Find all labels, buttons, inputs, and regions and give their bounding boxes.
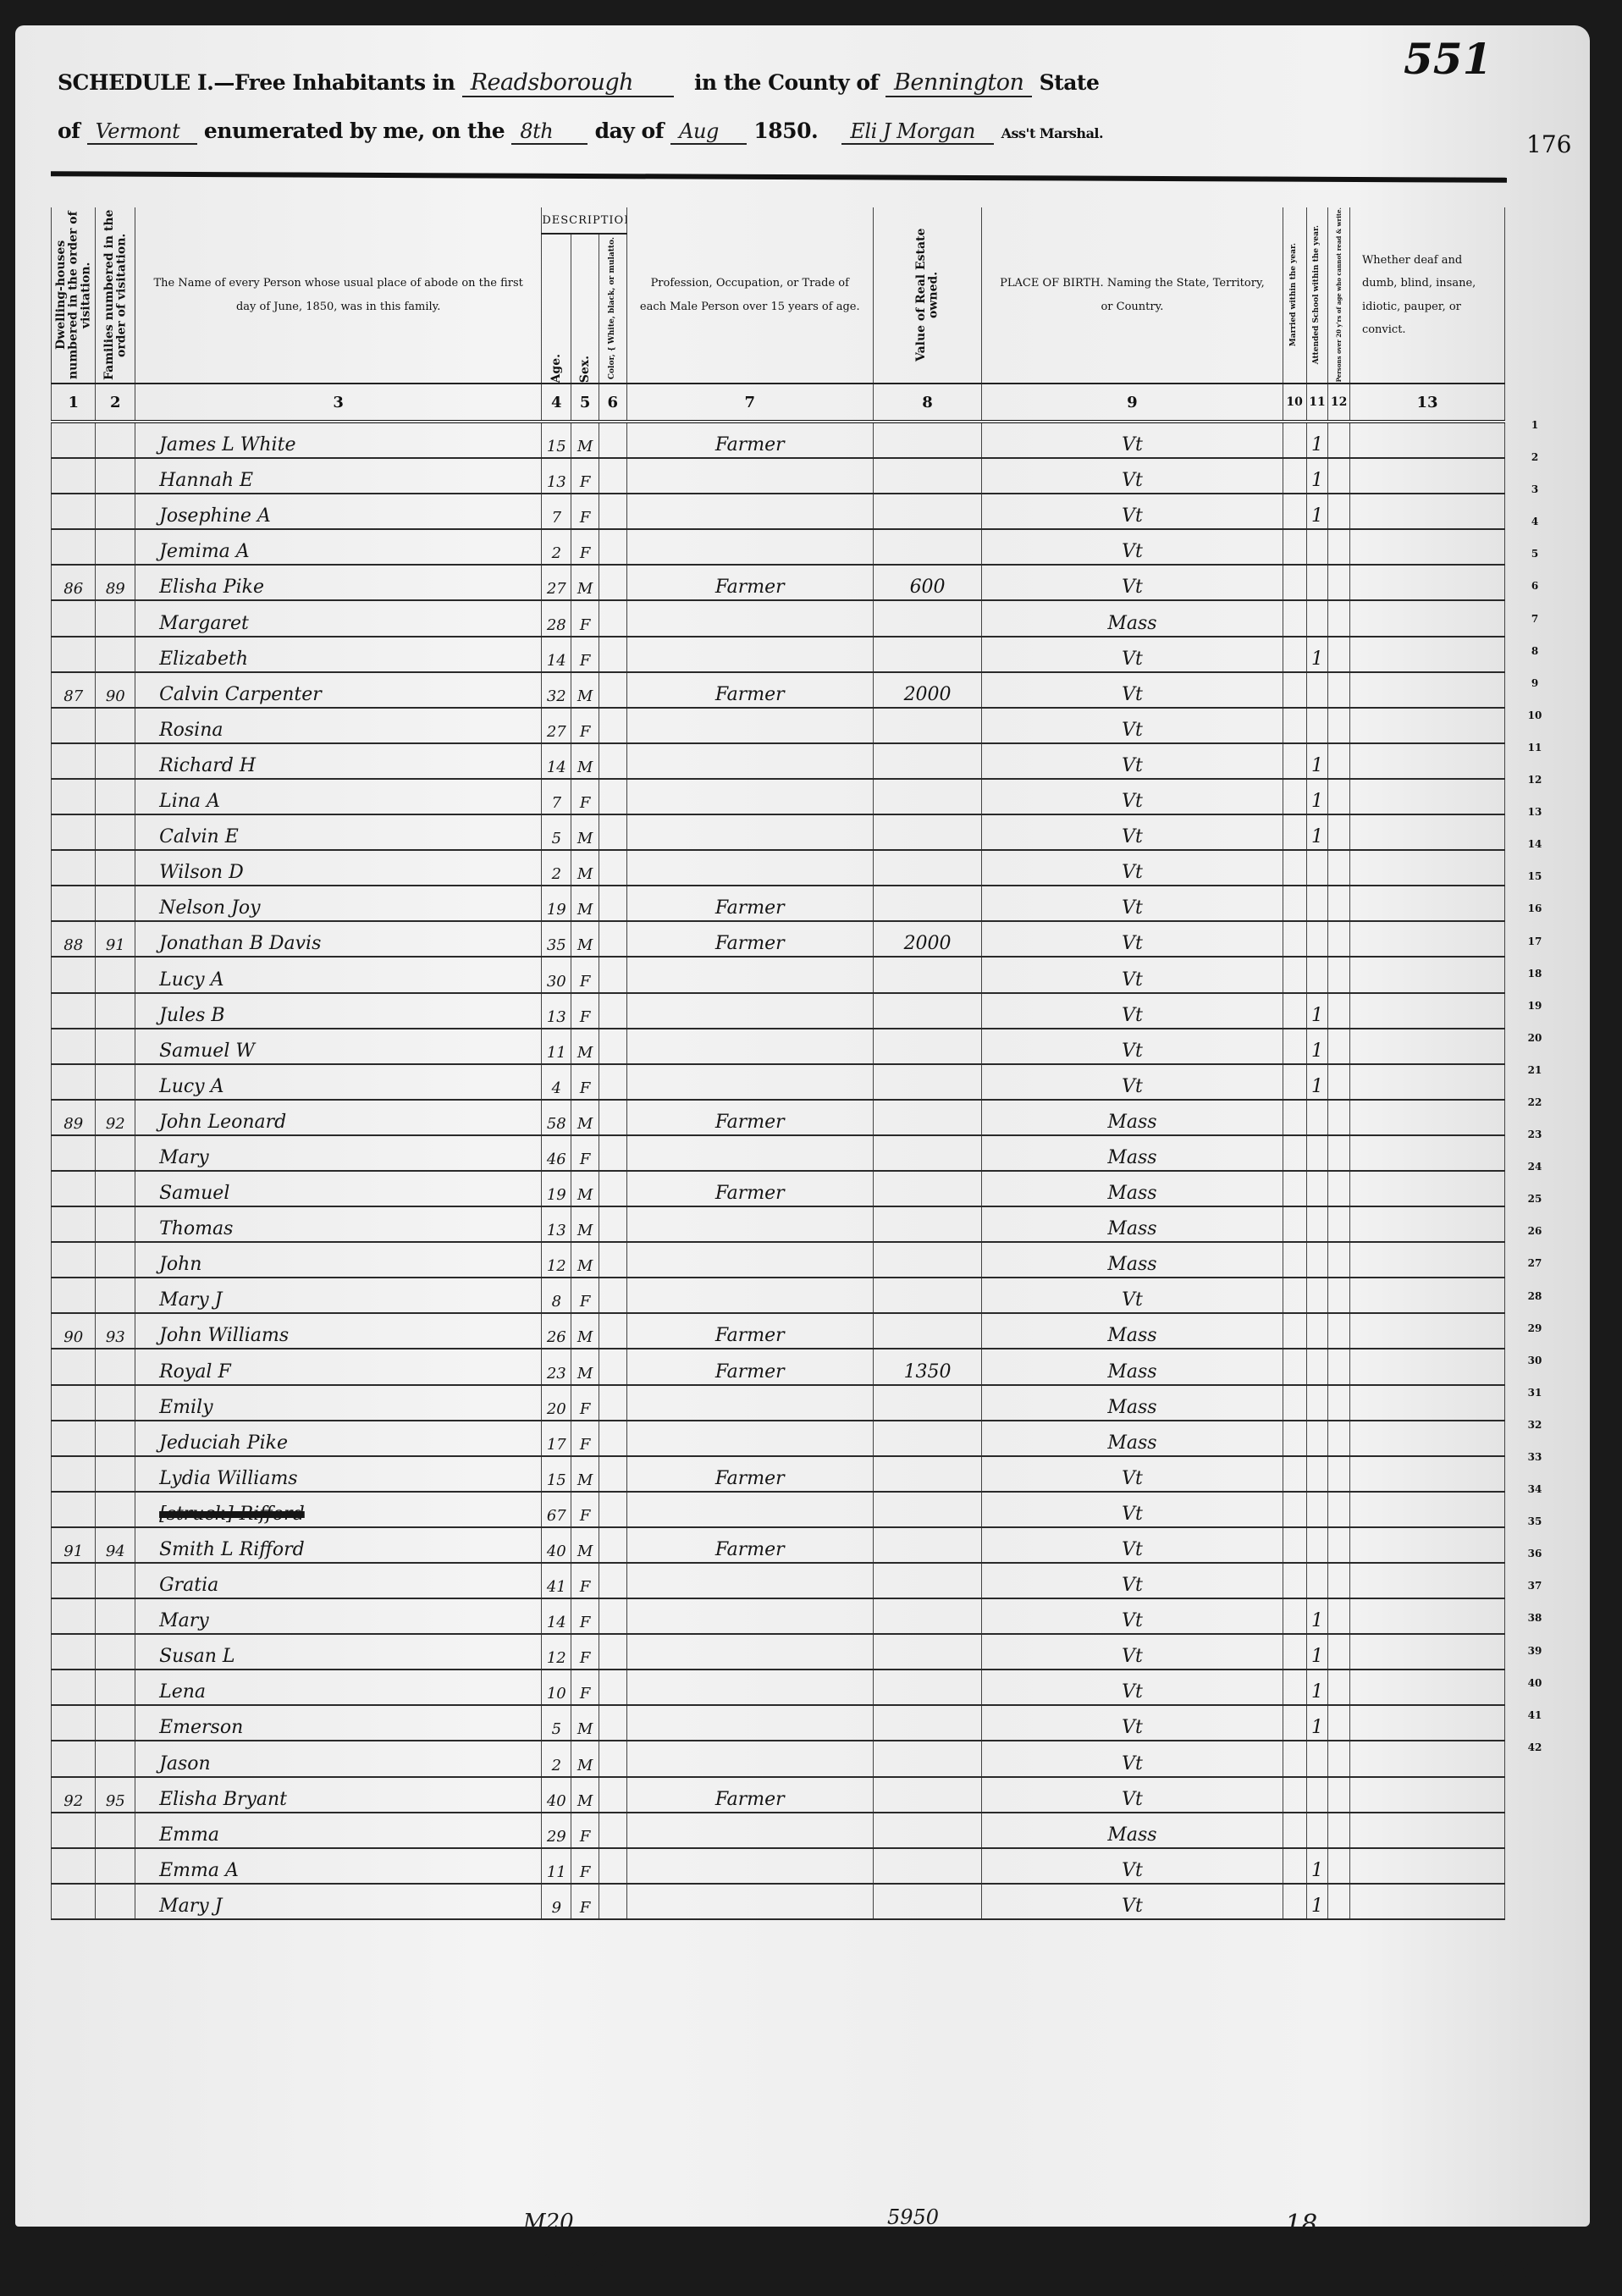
header-line-2: of Vermont enumerated by me, on the 8th …	[58, 119, 1103, 145]
cell-real-estate: 2000	[873, 921, 981, 957]
line-number: 32	[1518, 1405, 1552, 1438]
cell-name: James L White	[135, 422, 542, 458]
cell-school: 1	[1306, 814, 1328, 850]
cell-condition	[1349, 1777, 1504, 1813]
cell-color	[599, 1206, 626, 1242]
col-family-header: Families numbered in the order of visita…	[96, 207, 135, 384]
col-dwelling-header: Dwelling-houses numbered in the order of…	[52, 207, 96, 384]
cell-name: Josephine A	[135, 494, 542, 529]
cell-school: 1	[1306, 1705, 1328, 1741]
cell-sex: F	[571, 1064, 599, 1100]
cell-sex: M	[571, 1171, 599, 1206]
col-number: 10	[1283, 384, 1306, 422]
cell-illiterate	[1328, 1349, 1350, 1384]
table-row: Richard H14MVt1	[52, 743, 1505, 779]
cell-real-estate	[873, 1884, 981, 1919]
cell-color	[599, 1421, 626, 1456]
table-row: Gratia41FVt	[52, 1563, 1505, 1598]
cell-married	[1283, 1242, 1306, 1278]
cell-occupation	[626, 1848, 873, 1884]
cell-condition	[1349, 743, 1504, 779]
cell-school	[1306, 1741, 1328, 1776]
cell-occupation	[626, 494, 873, 529]
cell-name: Lucy A	[135, 1064, 542, 1100]
cell-sex: F	[571, 1278, 599, 1313]
cell-occupation: Farmer	[626, 1349, 873, 1384]
cell-color	[599, 1598, 626, 1634]
cell-birthplace: Vt	[982, 1492, 1283, 1527]
cell-sex: F	[571, 1492, 599, 1527]
cell-dwelling	[52, 1813, 96, 1848]
cell-dwelling	[52, 600, 96, 636]
cell-family	[96, 1349, 135, 1384]
cell-birthplace: Vt	[982, 422, 1283, 458]
cell-dwelling	[52, 993, 96, 1029]
col-occupation-header: Profession, Occupation, or Trade of each…	[626, 207, 873, 384]
cell-birthplace: Vt	[982, 1029, 1283, 1064]
cell-family	[96, 886, 135, 921]
cell-color	[599, 458, 626, 494]
cell-married	[1283, 1563, 1306, 1598]
line-number: 3	[1518, 470, 1552, 502]
cell-occupation: Farmer	[626, 1100, 873, 1135]
table-row: Royal F23MFarmer1350Mass	[52, 1349, 1505, 1384]
cell-occupation	[626, 637, 873, 672]
cell-color	[599, 1563, 626, 1598]
description-header: DESCRIPTION.	[542, 207, 626, 234]
cell-married	[1283, 1884, 1306, 1919]
cell-condition	[1349, 494, 1504, 529]
cell-school	[1306, 1527, 1328, 1563]
cell-illiterate	[1328, 1242, 1350, 1278]
cell-real-estate	[873, 1242, 981, 1278]
cell-illiterate	[1328, 1598, 1350, 1634]
cell-birthplace: Vt	[982, 1527, 1283, 1563]
cell-school: 1	[1306, 494, 1328, 529]
line-number: 8	[1518, 632, 1552, 664]
cell-school: 1	[1306, 458, 1328, 494]
line-number: 15	[1518, 857, 1552, 889]
cell-age: 9	[542, 1884, 571, 1919]
cell-family	[96, 1421, 135, 1456]
cell-married	[1283, 993, 1306, 1029]
page-stamp: 551	[1404, 34, 1492, 84]
cell-condition	[1349, 1421, 1504, 1456]
cell-birthplace: Vt	[982, 993, 1283, 1029]
cell-color	[599, 886, 626, 921]
cell-illiterate	[1328, 422, 1350, 458]
cell-school	[1306, 1421, 1328, 1456]
cell-sex: F	[571, 1848, 599, 1884]
cell-illiterate	[1328, 1456, 1350, 1492]
cell-age: 58	[542, 1100, 571, 1135]
cell-sex: F	[571, 494, 599, 529]
cell-name: Emily	[135, 1385, 542, 1421]
line-number-column: 1234567891011121314151617181920212223242…	[1518, 406, 1552, 1760]
cell-age: 27	[542, 708, 571, 743]
cell-name: Emerson	[135, 1705, 542, 1741]
cell-real-estate	[873, 1848, 981, 1884]
cell-sex: M	[571, 1029, 599, 1064]
cell-occupation	[626, 993, 873, 1029]
cell-illiterate	[1328, 1064, 1350, 1100]
cell-condition	[1349, 1598, 1504, 1634]
cell-married	[1283, 1813, 1306, 1848]
month-field: Aug	[670, 119, 747, 145]
cell-condition	[1349, 1385, 1504, 1421]
line-number: 11	[1518, 728, 1552, 760]
cell-married	[1283, 1456, 1306, 1492]
line-number: 19	[1518, 986, 1552, 1018]
cell-occupation: Farmer	[626, 422, 873, 458]
cell-dwelling	[52, 529, 96, 565]
tally-sex: M20	[523, 2210, 574, 2235]
line-number: 42	[1518, 1728, 1552, 1760]
cell-illiterate	[1328, 1135, 1350, 1171]
cell-sex: M	[571, 886, 599, 921]
cell-illiterate	[1328, 921, 1350, 957]
cell-birthplace: Vt	[982, 957, 1283, 992]
cell-condition	[1349, 1135, 1504, 1171]
cell-birthplace: Vt	[982, 1634, 1283, 1670]
cell-illiterate	[1328, 1527, 1350, 1563]
cell-school: 1	[1306, 1064, 1328, 1100]
table-row: Elizabeth14FVt1	[52, 637, 1505, 672]
cell-occupation	[626, 779, 873, 814]
cell-color	[599, 1777, 626, 1813]
col-number: 13	[1349, 384, 1504, 422]
cell-birthplace: Vt	[982, 1705, 1283, 1741]
cell-birthplace: Vt	[982, 565, 1283, 600]
cell-real-estate	[873, 1777, 981, 1813]
cell-name: Samuel	[135, 1171, 542, 1206]
cell-family	[96, 1634, 135, 1670]
cell-married	[1283, 1100, 1306, 1135]
page-number: 176	[1526, 130, 1571, 158]
cell-sex: F	[571, 529, 599, 565]
cell-age: 15	[542, 422, 571, 458]
cell-occupation	[626, 1884, 873, 1919]
cell-family	[96, 1278, 135, 1313]
cell-family	[96, 814, 135, 850]
cell-school: 1	[1306, 1884, 1328, 1919]
cell-color	[599, 1349, 626, 1384]
cell-dwelling	[52, 1670, 96, 1705]
cell-occupation	[626, 529, 873, 565]
cell-real-estate: 2000	[873, 672, 981, 708]
line-number: 18	[1518, 954, 1552, 986]
cell-illiterate	[1328, 1813, 1350, 1848]
cell-family	[96, 458, 135, 494]
table-row: Lena10FVt1	[52, 1670, 1505, 1705]
line-number: 22	[1518, 1083, 1552, 1115]
cell-color	[599, 1100, 626, 1135]
cell-illiterate	[1328, 672, 1350, 708]
cell-real-estate	[873, 494, 981, 529]
cell-age: 20	[542, 1385, 571, 1421]
margin-mark: 11	[1492, 2252, 1536, 2291]
table-row: Emma A11FVt1	[52, 1848, 1505, 1884]
cell-sex: M	[571, 565, 599, 600]
tally-school: 18	[1285, 2210, 1317, 2239]
cell-real-estate	[873, 708, 981, 743]
cell-age: 15	[542, 1456, 571, 1492]
cell-dwelling	[52, 1492, 96, 1527]
cell-name: Jeduciah Pike	[135, 1421, 542, 1456]
cell-sex: F	[571, 779, 599, 814]
cell-married	[1283, 1598, 1306, 1634]
col-number: 4	[542, 384, 571, 422]
cell-family	[96, 1670, 135, 1705]
cell-family	[96, 1171, 135, 1206]
cell-age: 27	[542, 565, 571, 600]
cell-illiterate	[1328, 1492, 1350, 1527]
line-number: 17	[1518, 922, 1552, 954]
cell-real-estate	[873, 1171, 981, 1206]
table-row: Lina A7FVt1	[52, 779, 1505, 814]
cell-name: Smith L Rifford	[135, 1527, 542, 1563]
cell-name: Thomas	[135, 1206, 542, 1242]
cell-condition	[1349, 1349, 1504, 1384]
cell-birthplace: Mass	[982, 1385, 1283, 1421]
cell-illiterate	[1328, 1385, 1350, 1421]
cell-illiterate	[1328, 1313, 1350, 1349]
cell-condition	[1349, 1813, 1504, 1848]
cell-color	[599, 494, 626, 529]
cell-school	[1306, 672, 1328, 708]
cell-school	[1306, 1456, 1328, 1492]
cell-birthplace: Vt	[982, 850, 1283, 886]
cell-school	[1306, 1313, 1328, 1349]
cell-illiterate	[1328, 458, 1350, 494]
day-field: 8th	[511, 119, 588, 145]
cell-married	[1283, 1278, 1306, 1313]
cell-occupation	[626, 1385, 873, 1421]
cell-color	[599, 1848, 626, 1884]
cell-real-estate	[873, 1313, 981, 1349]
cell-family	[96, 957, 135, 992]
cell-color	[599, 422, 626, 458]
cell-school	[1306, 1813, 1328, 1848]
cell-married	[1283, 1421, 1306, 1456]
line-number: 25	[1518, 1179, 1552, 1211]
cell-married	[1283, 1206, 1306, 1242]
cell-name: Nelson Joy	[135, 886, 542, 921]
cell-sex: M	[571, 1527, 599, 1563]
line-number: 6	[1518, 566, 1552, 599]
cell-married	[1283, 1349, 1306, 1384]
cell-occupation	[626, 1278, 873, 1313]
cell-sex: M	[571, 1349, 599, 1384]
cell-birthplace: Vt	[982, 921, 1283, 957]
cell-school: 1	[1306, 1848, 1328, 1884]
line-number: 24	[1518, 1147, 1552, 1179]
cell-occupation	[626, 850, 873, 886]
line-number: 36	[1518, 1534, 1552, 1566]
cell-color	[599, 1313, 626, 1349]
cell-real-estate	[873, 1135, 981, 1171]
col-number: 6	[599, 384, 626, 422]
table-row: 9194Smith L Rifford40MFarmerVt	[52, 1527, 1505, 1563]
table-row: Jason2MVt	[52, 1741, 1505, 1776]
cell-dwelling	[52, 743, 96, 779]
cell-married	[1283, 1492, 1306, 1527]
cell-school	[1306, 1242, 1328, 1278]
cell-family: 94	[96, 1527, 135, 1563]
cell-school	[1306, 600, 1328, 636]
cell-name: John Williams	[135, 1313, 542, 1349]
cell-occupation	[626, 1598, 873, 1634]
cell-school	[1306, 1206, 1328, 1242]
cell-color	[599, 565, 626, 600]
cell-color	[599, 1456, 626, 1492]
cell-birthplace: Mass	[982, 1171, 1283, 1206]
cell-sex: F	[571, 708, 599, 743]
cell-age: 2	[542, 529, 571, 565]
cell-real-estate	[873, 814, 981, 850]
cell-illiterate	[1328, 565, 1350, 600]
cell-birthplace: Vt	[982, 743, 1283, 779]
cell-sex: M	[571, 814, 599, 850]
cell-school	[1306, 529, 1328, 565]
cell-family	[96, 494, 135, 529]
cell-birthplace: Vt	[982, 1563, 1283, 1598]
cell-real-estate	[873, 637, 981, 672]
cell-condition	[1349, 600, 1504, 636]
cell-color	[599, 850, 626, 886]
cell-age: 23	[542, 1349, 571, 1384]
cell-birthplace: Vt	[982, 1456, 1283, 1492]
cell-married	[1283, 458, 1306, 494]
cell-condition	[1349, 1278, 1504, 1313]
cell-name: Lucy A	[135, 957, 542, 992]
cell-school: 1	[1306, 637, 1328, 672]
col-birthplace-header: PLACE OF BIRTH. Naming the State, Territ…	[982, 207, 1283, 384]
line-number: 4	[1518, 502, 1552, 534]
cell-school	[1306, 1100, 1328, 1135]
cell-dwelling	[52, 422, 96, 458]
table-row: Samuel19MFarmerMass	[52, 1171, 1505, 1206]
cell-real-estate	[873, 743, 981, 779]
cell-dwelling	[52, 1029, 96, 1064]
cell-sex: F	[571, 1135, 599, 1171]
cell-sex: F	[571, 1634, 599, 1670]
cell-school	[1306, 708, 1328, 743]
cell-real-estate: 600	[873, 565, 981, 600]
cell-dwelling	[52, 1064, 96, 1100]
col-name-header: The Name of every Person whose usual pla…	[135, 207, 542, 384]
cell-dwelling	[52, 1206, 96, 1242]
cell-school	[1306, 1171, 1328, 1206]
cell-condition	[1349, 1705, 1504, 1741]
tally-estate: 5950	[887, 2205, 939, 2229]
cell-occupation: Farmer	[626, 921, 873, 957]
cell-age: 40	[542, 1777, 571, 1813]
cell-married	[1283, 814, 1306, 850]
cell-illiterate	[1328, 1741, 1350, 1776]
cell-age: 28	[542, 600, 571, 636]
cell-married	[1283, 743, 1306, 779]
cell-name: Elisha Bryant	[135, 1777, 542, 1813]
col-age-header: Age.	[542, 234, 571, 384]
cell-sex: F	[571, 458, 599, 494]
cell-sex: M	[571, 1206, 599, 1242]
cell-sex: M	[571, 1456, 599, 1492]
cell-sex: M	[571, 850, 599, 886]
cell-occupation	[626, 743, 873, 779]
cell-dwelling	[52, 1741, 96, 1776]
cell-dwelling	[52, 850, 96, 886]
line-number: 26	[1518, 1211, 1552, 1244]
table-row: Mary J8FVt	[52, 1278, 1505, 1313]
cell-color	[599, 708, 626, 743]
cell-name: Hannah E	[135, 458, 542, 494]
table-row: Lydia Williams15MFarmerVt	[52, 1456, 1505, 1492]
cell-illiterate	[1328, 1029, 1350, 1064]
table-row: Samuel W11MVt1	[52, 1029, 1505, 1064]
cell-color	[599, 1064, 626, 1100]
cell-name: Mary J	[135, 1278, 542, 1313]
cell-family	[96, 1598, 135, 1634]
cell-real-estate	[873, 1705, 981, 1741]
cell-name: Calvin Carpenter	[135, 672, 542, 708]
cell-sex: F	[571, 1563, 599, 1598]
cell-real-estate	[873, 1385, 981, 1421]
cell-occupation	[626, 1421, 873, 1456]
cell-birthplace: Mass	[982, 1313, 1283, 1349]
table-row: Margaret28FMass	[52, 600, 1505, 636]
cell-birthplace: Vt	[982, 779, 1283, 814]
cell-illiterate	[1328, 743, 1350, 779]
cell-occupation: Farmer	[626, 1456, 873, 1492]
cell-name: Jonathan B Davis	[135, 921, 542, 957]
cell-dwelling: 91	[52, 1527, 96, 1563]
cell-age: 14	[542, 743, 571, 779]
line-number: 1	[1518, 406, 1552, 438]
cell-color	[599, 743, 626, 779]
cell-family	[96, 708, 135, 743]
cell-occupation	[626, 1813, 873, 1848]
cell-sex: F	[571, 600, 599, 636]
table-row: Lucy A30FVt	[52, 957, 1505, 992]
cell-birthplace: Vt	[982, 494, 1283, 529]
cell-dwelling	[52, 708, 96, 743]
cell-occupation	[626, 1135, 873, 1171]
cell-real-estate	[873, 1741, 981, 1776]
cell-married	[1283, 422, 1306, 458]
cell-real-estate	[873, 600, 981, 636]
line-number: 30	[1518, 1341, 1552, 1373]
cell-illiterate	[1328, 1777, 1350, 1813]
cell-school: 1	[1306, 1598, 1328, 1634]
cell-family	[96, 1385, 135, 1421]
cell-real-estate	[873, 1100, 981, 1135]
cell-condition	[1349, 1171, 1504, 1206]
cell-married	[1283, 600, 1306, 636]
cell-age: 12	[542, 1242, 571, 1278]
cell-dwelling	[52, 1385, 96, 1421]
line-number: 12	[1518, 760, 1552, 792]
cell-birthplace: Mass	[982, 1349, 1283, 1384]
cell-real-estate	[873, 458, 981, 494]
cell-school: 1	[1306, 743, 1328, 779]
cell-dwelling: 88	[52, 921, 96, 957]
county-label: in the County of	[694, 70, 879, 95]
cell-married	[1283, 957, 1306, 992]
cell-real-estate	[873, 1598, 981, 1634]
cell-age: 8	[542, 1278, 571, 1313]
cell-family	[96, 993, 135, 1029]
